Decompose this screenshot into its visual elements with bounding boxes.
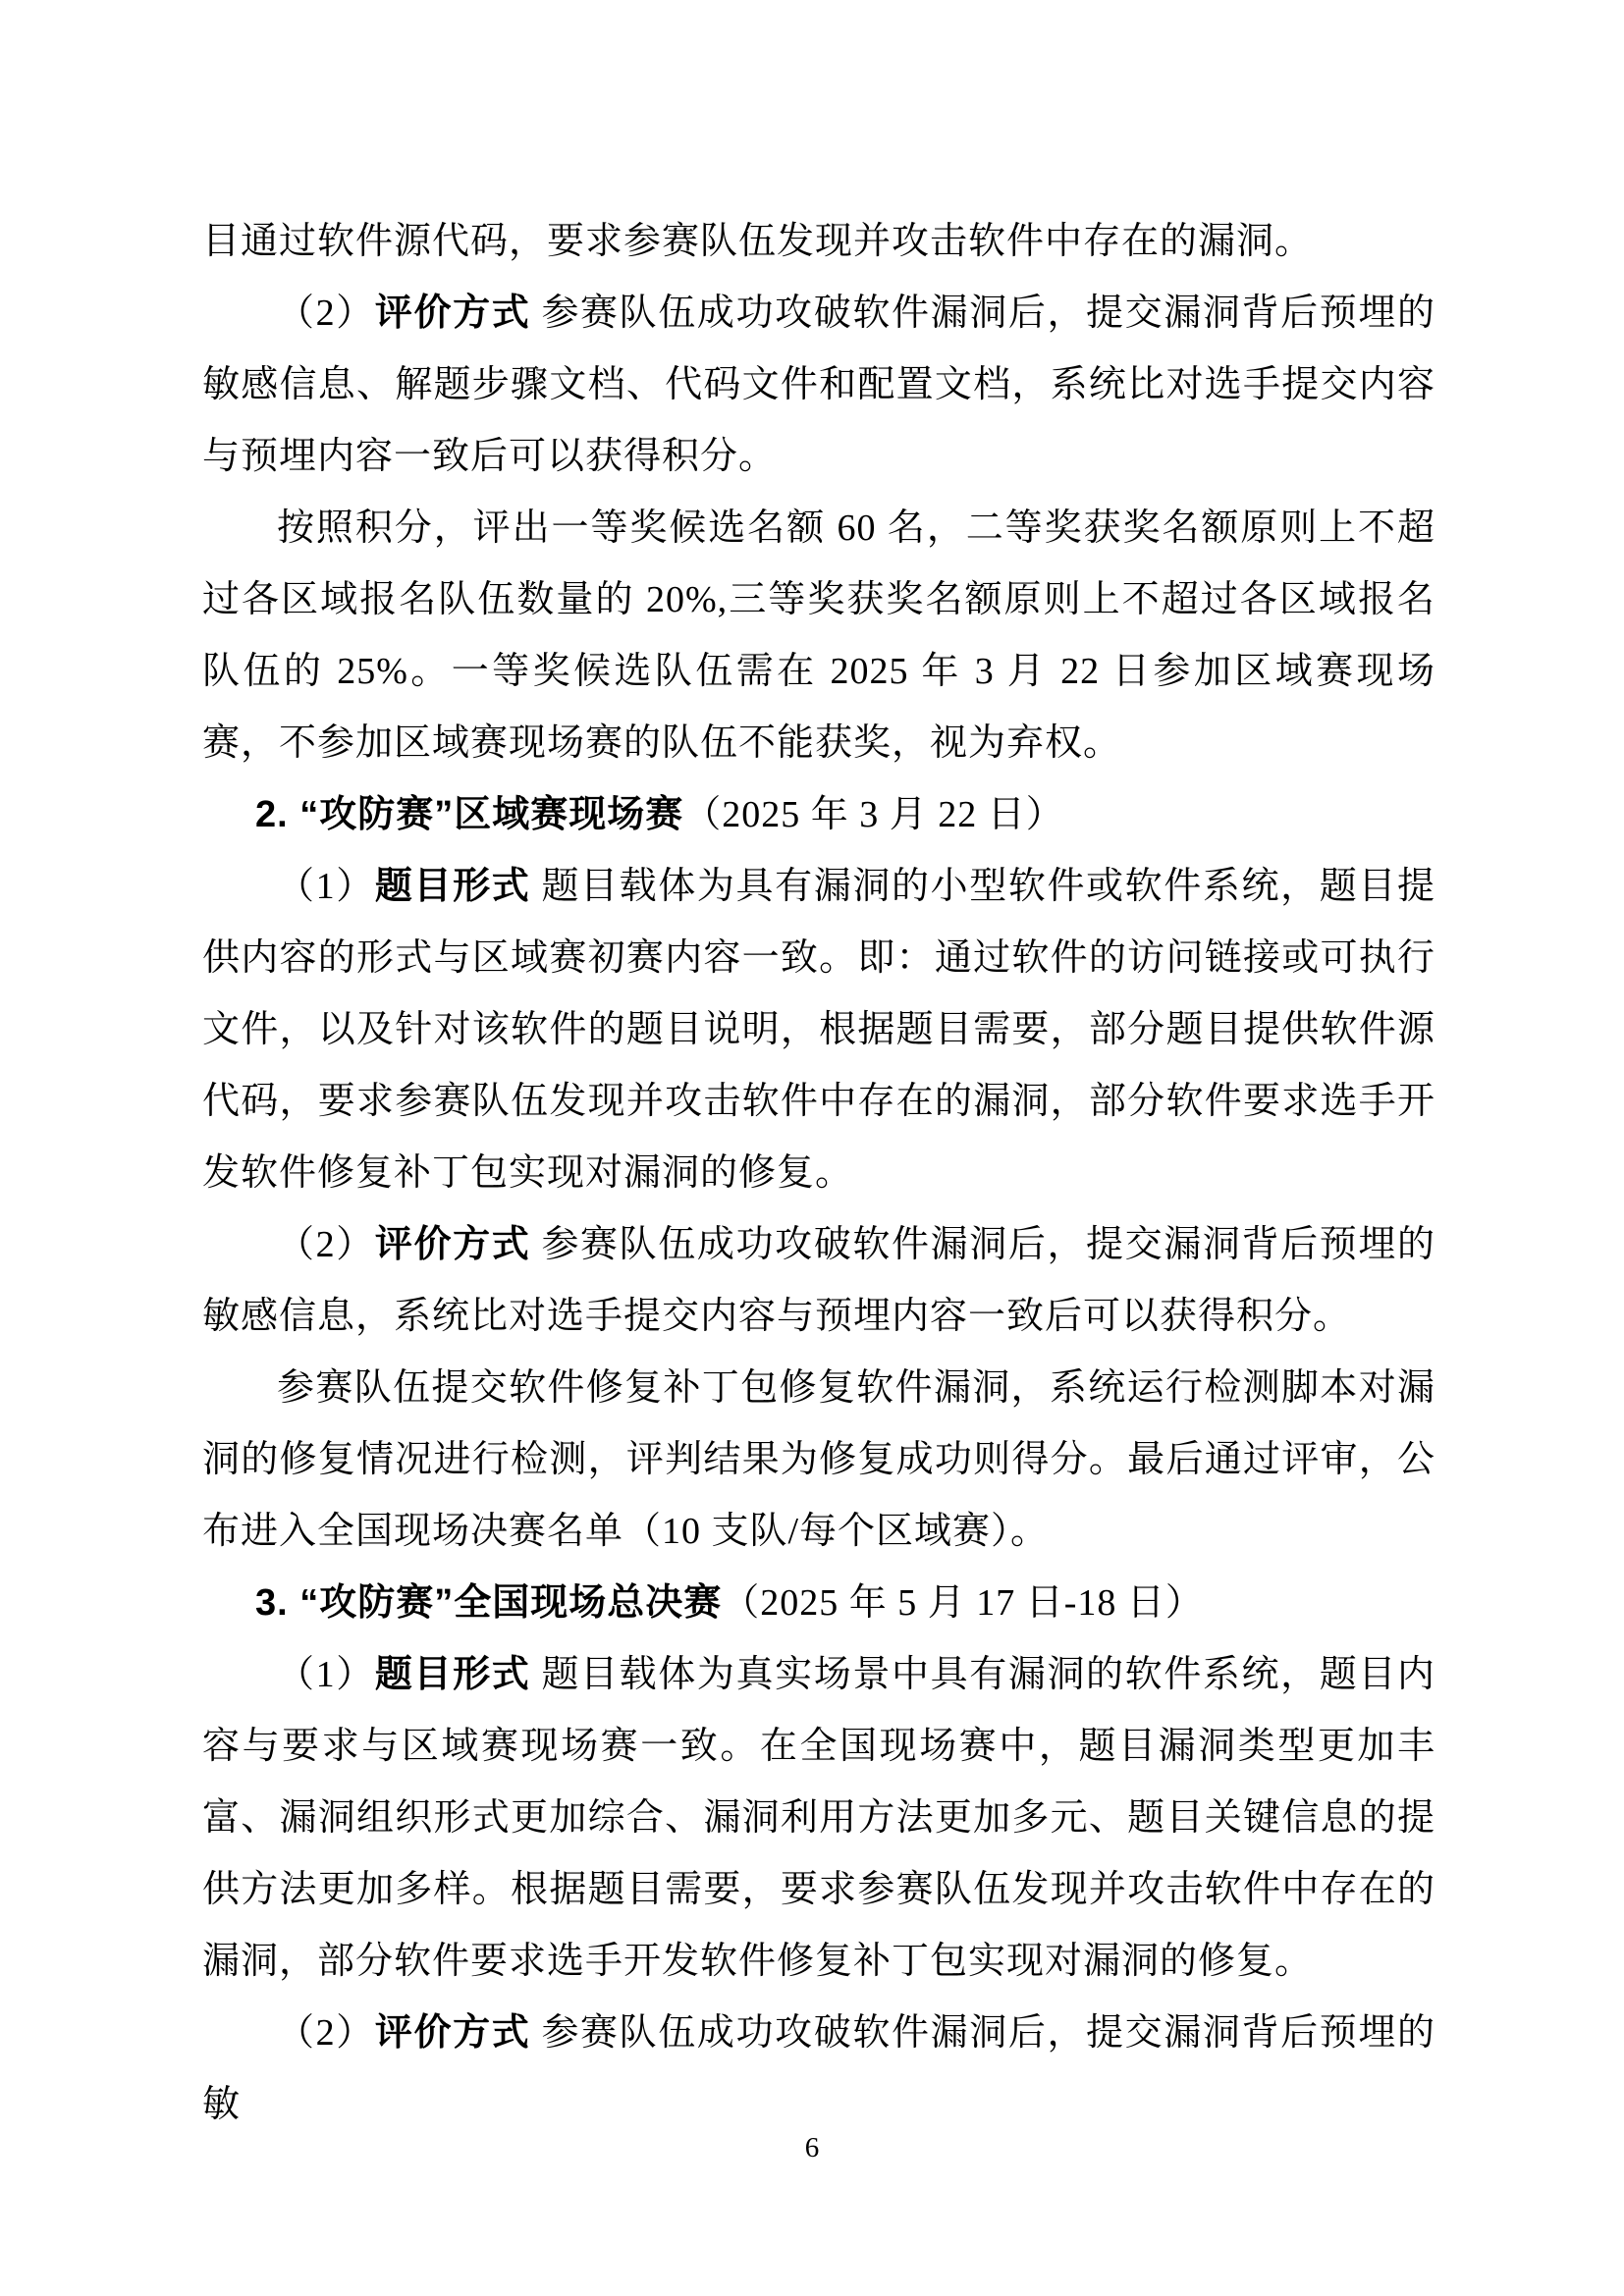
text-run: （1） — [277, 1654, 375, 1695]
text-run: （2） — [277, 1224, 375, 1265]
bold-text-run: 题目形式 — [375, 1654, 530, 1695]
paragraph: （1）题目形式 题目载体为具有漏洞的小型软件或软件系统，题目提供内容的形式与区域… — [202, 851, 1435, 1209]
text-run: 按照积分，评出一等奖候选名额 60 名，二等奖获奖名额原则上不超过各区域报名队伍… — [202, 507, 1435, 764]
paragraph: 按照积分，评出一等奖候选名额 60 名，二等奖获奖名额原则上不超过各区域报名队伍… — [202, 493, 1435, 779]
section-heading: 3. “攻防赛”全国现场总决赛（2025 年 5 月 17 日-18 日） — [202, 1568, 1435, 1639]
text-run: （2025 年 5 月 17 日-18 日） — [722, 1582, 1204, 1624]
bold-text-run: 评价方式 — [375, 2012, 530, 2054]
paragraph: （1）题目形式 题目载体为真实场景中具有漏洞的软件系统，题目内容与要求与区域赛现… — [202, 1639, 1435, 1998]
text-run: 题目载体为具有漏洞的小型软件或软件系统，题目提供内容的形式与区域赛初赛内容一致。… — [202, 866, 1435, 1194]
text-run: 目通过软件源代码，要求参赛队伍发现并攻击软件中存在的漏洞。 — [202, 221, 1313, 262]
document-body: 目通过软件源代码，要求参赛队伍发现并攻击软件中存在的漏洞。（2）评价方式 参赛队… — [202, 206, 1435, 2141]
paragraph: （2）评价方式 参赛队伍成功攻破软件漏洞后，提交漏洞背后预埋的敏感信息、解题步骤… — [202, 278, 1435, 493]
paragraph: （2）评价方式 参赛队伍成功攻破软件漏洞后，提交漏洞背后预埋的敏 — [202, 1998, 1435, 2141]
document-page: 目通过软件源代码，要求参赛队伍发现并攻击软件中存在的漏洞。（2）评价方式 参赛队… — [0, 0, 1624, 2296]
paragraph: 目通过软件源代码，要求参赛队伍发现并攻击软件中存在的漏洞。 — [202, 206, 1435, 278]
page-number: 6 — [0, 2128, 1624, 2167]
bold-text-run: 3. “攻防赛”全国现场总决赛 — [255, 1582, 722, 1624]
text-run: （2025 年 3 月 22 日） — [683, 794, 1064, 835]
text-run: （2） — [277, 293, 375, 334]
bold-text-run: 题目形式 — [375, 866, 530, 907]
bold-text-run: 评价方式 — [375, 1224, 530, 1265]
section-heading: 2. “攻防赛”区域赛现场赛（2025 年 3 月 22 日） — [202, 779, 1435, 851]
text-run: （2） — [277, 2012, 375, 2054]
paragraph: （2）评价方式 参赛队伍成功攻破软件漏洞后，提交漏洞背后预埋的敏感信息，系统比对… — [202, 1209, 1435, 1353]
bold-text-run: 2. “攻防赛”区域赛现场赛 — [255, 794, 683, 835]
bold-text-run: 评价方式 — [375, 293, 530, 334]
text-run: 参赛队伍提交软件修复补丁包修复软件漏洞，系统运行检测脚本对漏洞的修复情况进行检测… — [202, 1367, 1435, 1552]
text-run: 题目载体为真实场景中具有漏洞的软件系统，题目内容与要求与区域赛现场赛一致。在全国… — [202, 1654, 1435, 1982]
text-run: （1） — [277, 866, 375, 907]
paragraph: 参赛队伍提交软件修复补丁包修复软件漏洞，系统运行检测脚本对漏洞的修复情况进行检测… — [202, 1353, 1435, 1568]
